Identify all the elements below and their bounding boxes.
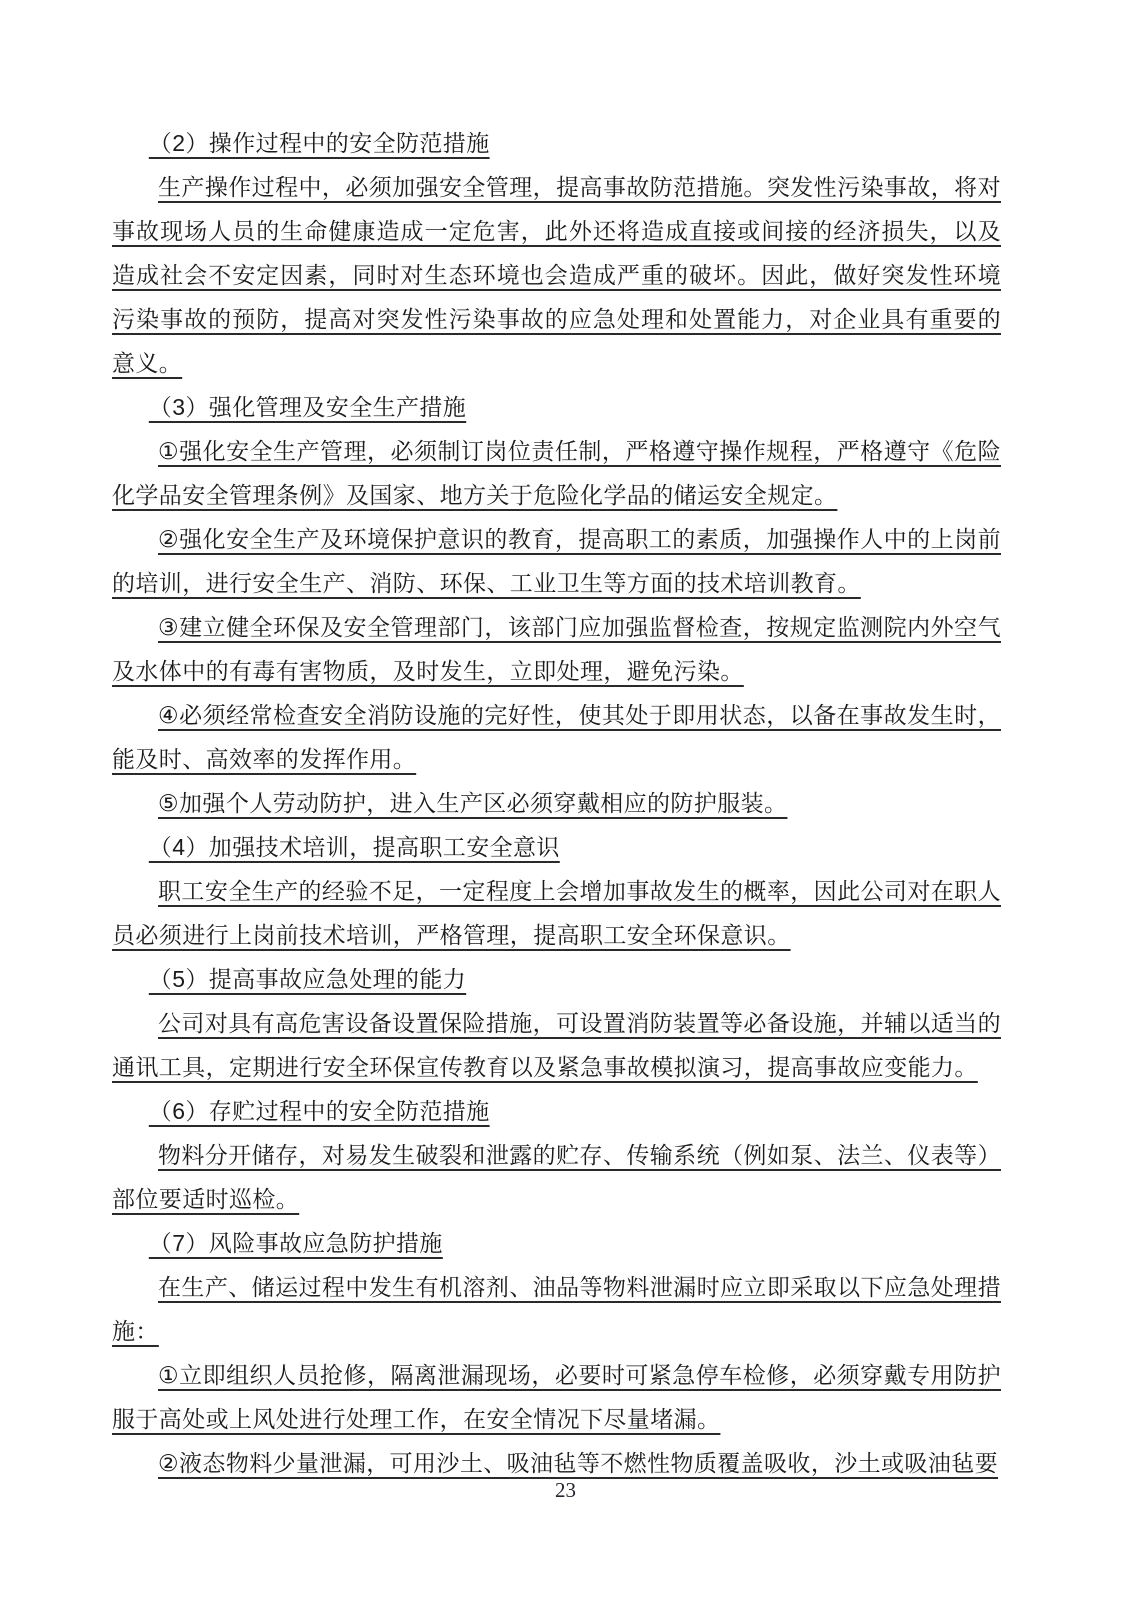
section-heading-6: （6）存贮过程中的安全防范措施 [112,1089,1001,1133]
list-item-3: ③建立健全环保及安全管理部门，该部门应加强监督检查，按规定监测院内外空气及水体中… [112,605,1001,693]
section-heading-2: （2）操作过程中的安全防范措施 [112,121,1001,165]
paragraph: 生产操作过程中，必须加强安全管理，提高事故防范措施。突发性污染事故，将对事故现场… [112,165,1001,385]
section-heading-4: （4）加强技术培训，提高职工安全意识 [112,825,1001,869]
paragraph: 物料分开储存，对易发生破裂和泄露的贮存、传输系统（例如泵、法兰、仪表等）部位要适… [112,1133,1001,1221]
page-footer: 23 [0,1478,1131,1503]
section-heading-5: （5）提高事故应急处理的能力 [112,957,1001,1001]
document-page: （2）操作过程中的安全防范措施 生产操作过程中，必须加强安全管理，提高事故防范措… [0,0,1131,1600]
list-item-4: ④必须经常检查安全消防设施的完好性，使其处于即用状态，以备在事故发生时，能及时、… [112,693,1001,781]
list-item-5: ⑤加强个人劳动防护，进入生产区必须穿戴相应的防护服装。 [112,781,1001,825]
paragraph: 公司对具有高危害设备设置保险措施，可设置消防装置等必备设施，并辅以适当的通讯工具… [112,1001,1001,1089]
page-number: 23 [555,1478,576,1502]
list-item-1: ①强化安全生产管理，必须制订岗位责任制，严格遵守操作规程，严格遵守《危险化学品安… [112,429,1001,517]
section-heading-7: （7）风险事故应急防护措施 [112,1221,1001,1265]
list-item-emergency-1: ①立即组织人员抢修，隔离泄漏现场，必要时可紧急停车检修，必须穿戴专用防护服于高处… [112,1353,1001,1441]
list-item-2: ②强化安全生产及环境保护意识的教育，提高职工的素质，加强操作人中的上岗前的培训，… [112,517,1001,605]
paragraph: 在生产、储运过程中发生有机溶剂、油品等物料泄漏时应立即采取以下应急处理措施： [112,1265,1001,1353]
document-body: （2）操作过程中的安全防范措施 生产操作过程中，必须加强安全管理，提高事故防范措… [112,121,1001,1485]
paragraph: 职工安全生产的经验不足，一定程度上会增加事故发生的概率，因此公司对在职人员必须进… [112,869,1001,957]
section-heading-3: （3）强化管理及安全生产措施 [112,385,1001,429]
